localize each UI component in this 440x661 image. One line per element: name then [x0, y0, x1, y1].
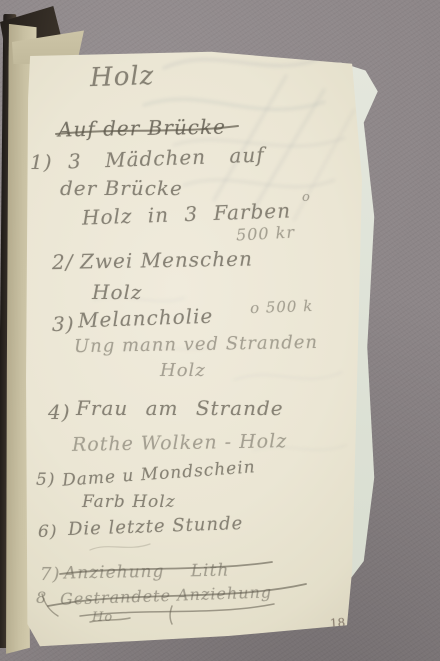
entry-number: 7): [40, 564, 60, 585]
entry-number: 1): [30, 150, 53, 174]
entry-line: Gestrandete Anziehung: [60, 582, 273, 608]
entry-line: Rothe Wolken - Holz: [72, 430, 288, 456]
entry-number: 3): [52, 312, 75, 336]
notebook-page: Holz Auf der Brücke 1) 3 Mädchen auf der…: [24, 50, 364, 648]
struck-heading: Auf der Brücke: [58, 115, 226, 142]
entry-number: 5): [36, 470, 55, 490]
list-title: Holz: [89, 61, 154, 93]
entry-extra: Ho: [92, 610, 113, 625]
entry-line: Ung mann ved Stranden: [74, 332, 318, 357]
entry-price: o 500 k: [250, 297, 314, 317]
entry-line: Holz: [92, 280, 142, 304]
entry-line: Zwei Menschen: [80, 246, 253, 273]
page-number: 18: [330, 615, 346, 630]
entry-line: Dame u Mondschein: [62, 457, 257, 490]
photo-background: Holz Auf der Brücke 1) 3 Mädchen auf der…: [0, 0, 440, 661]
entry-line: 3 Mädchen auf: [68, 143, 265, 174]
entry-number: 6): [38, 522, 57, 542]
entry-number: 4): [48, 400, 71, 424]
entry-line: Farb Holz: [82, 492, 176, 512]
entry-number: 8: [36, 588, 47, 607]
entry-line: Frau am Strande: [76, 396, 284, 420]
entry-mark: o: [302, 190, 311, 205]
entry-line: Melancholie: [78, 304, 214, 333]
entry-line: Die letzte Stunde: [68, 513, 244, 540]
entry-line: Anziehung Lith: [64, 561, 230, 584]
entry-number: 2/: [52, 250, 74, 274]
entry-line: der Brücke: [60, 176, 183, 200]
entry-price: 500 kr: [236, 222, 296, 244]
entry-line: Holz: [160, 360, 206, 381]
